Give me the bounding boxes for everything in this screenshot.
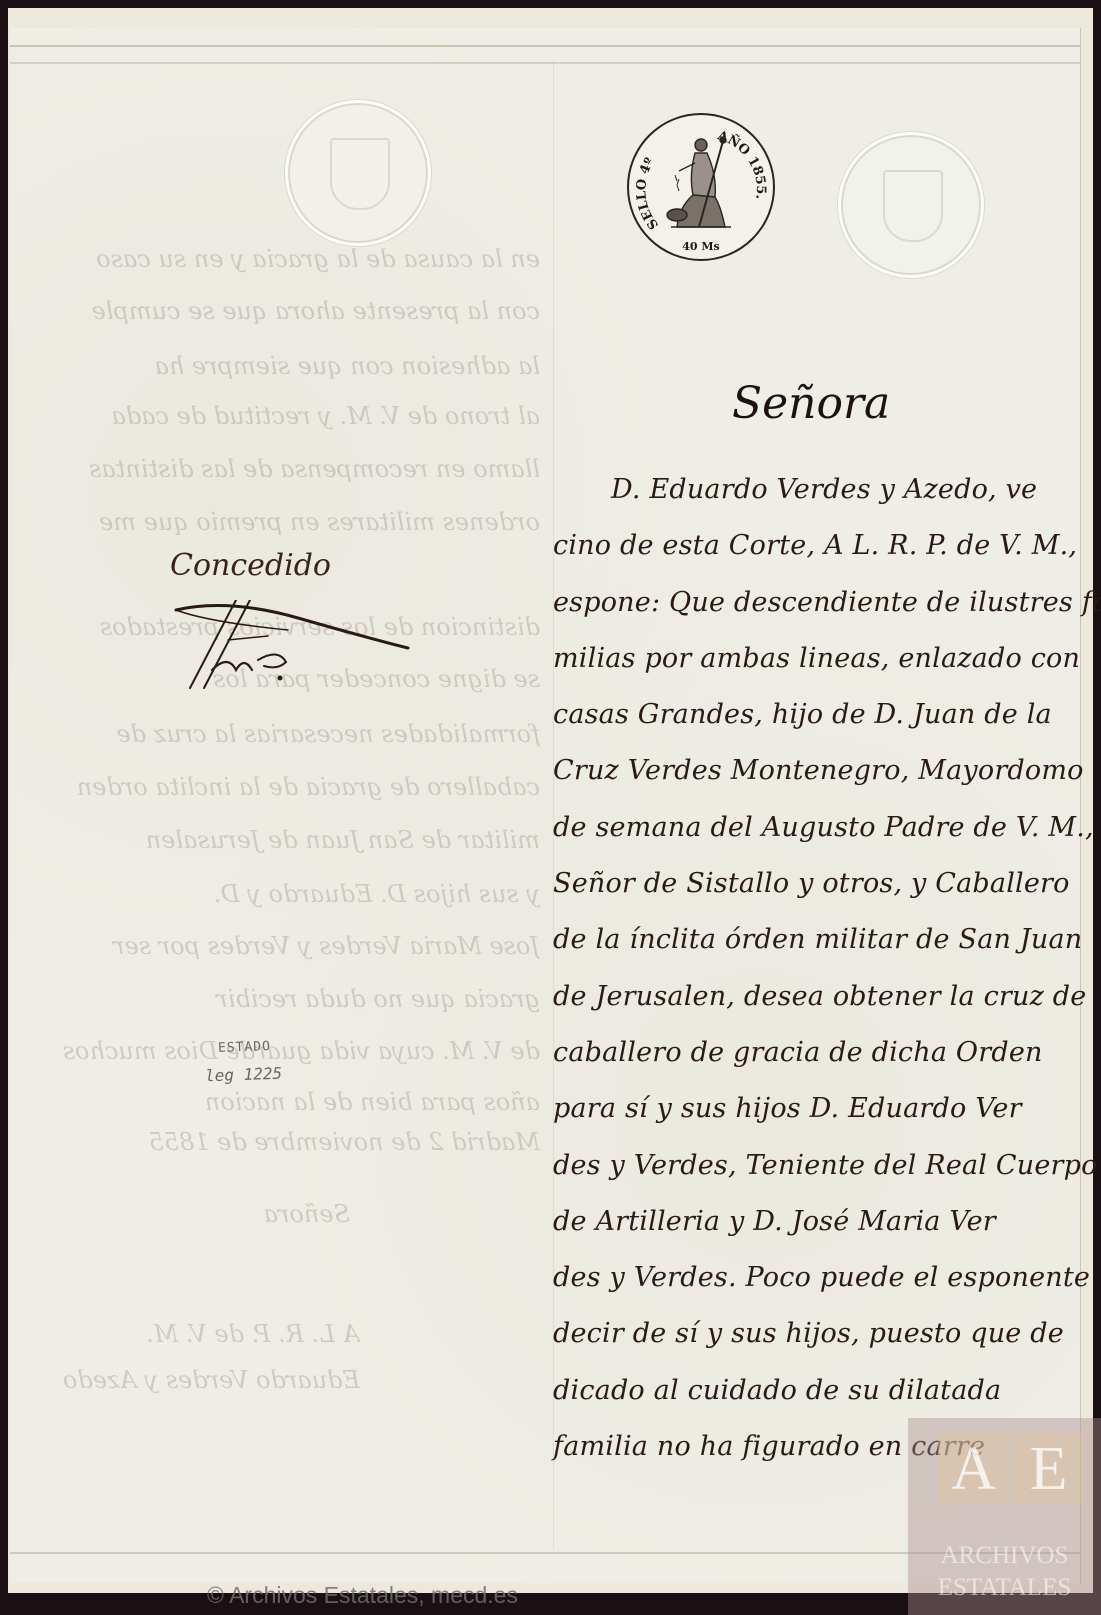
body-line: des y Verdes, Teniente del Real Cuerpo: [553, 1138, 1073, 1194]
bleed-through-text: y sus hijos D. Eduardo y D.: [35, 880, 540, 908]
crest-icon: [883, 170, 943, 242]
bleed-through-text: Madrid 2 de noviembre de 1855: [35, 1128, 540, 1156]
embossed-seal-left: [285, 100, 431, 246]
watermark-line-1: ARCHIVOS: [908, 1542, 1101, 1570]
bleed-through-text: años para bien de la nacion: [35, 1088, 540, 1116]
logo-letter-a: A: [938, 1433, 1009, 1505]
body-line: de Jerusalen, desea obtener la cruz de: [553, 969, 1073, 1025]
bleed-through-text: llamo en recompensa de las distintas: [35, 455, 540, 483]
body-line: Cruz Verdes Montenegro, Mayordomo: [553, 743, 1073, 799]
body-line: D. Eduardo Verdes y Azedo, ve: [553, 462, 1073, 518]
rubric-signature-icon: [168, 600, 418, 690]
bleed-through-text: de V. M. cuya vida guarde Dios muchos: [35, 1037, 540, 1065]
body-line: caballero de gracia de dicha Orden: [553, 1025, 1073, 1081]
stamp-value: 40 Ms: [629, 240, 773, 253]
bleed-through-text: ordenes militares en premio que me: [35, 508, 540, 536]
svg-text:SELLO 4º: SELLO 4º: [634, 155, 662, 232]
copyright-notice: © Archivos Estatales, mecd.es: [207, 1582, 518, 1609]
body-line: casas Grandes, hijo de D. Juan de la: [553, 687, 1073, 743]
bleed-through-text: militar de San Juan de Jerusalen: [35, 826, 540, 854]
body-line: de semana del Augusto Padre de V. M.,: [553, 800, 1073, 856]
seated-figure-icon: SELLO 4º AÑO 1855.: [629, 115, 773, 259]
bleed-through-text: en la causa de la gracia y en su caso: [35, 245, 540, 273]
bleed-through-text: caballero de gracia de la inclita orden: [35, 773, 540, 801]
tax-stamp: SELLO 4º AÑO 1855. 40 Ms: [627, 113, 775, 261]
body-line: decir de sí y sus hijos, puesto que de: [553, 1306, 1073, 1362]
crest-icon: [330, 138, 390, 210]
body-line: de Artilleria y D. José Maria Ver: [553, 1194, 1073, 1250]
bleed-through-text: gracia que no duda recibir: [35, 985, 540, 1013]
body-line: para sí y sus hijos D. Eduardo Ver: [553, 1081, 1073, 1137]
body-line: espone: Que descendiente de ilustres fa: [553, 575, 1073, 631]
bleed-through-text: Jose Maria Verdes y Verdes por ser: [35, 932, 540, 960]
bleed-through-text: la adhesion con que siempre ha: [35, 352, 540, 380]
ae-logo: A E: [938, 1433, 1088, 1505]
archivos-estatales-watermark: A E ARCHIVOS ESTATALES: [908, 1418, 1101, 1615]
logo-letter-e: E: [1013, 1433, 1084, 1505]
pencil-note-estado: ESTADO: [218, 1039, 271, 1056]
top-edge-line-2: [10, 62, 1080, 64]
margin-note-concedido: Concedido: [170, 548, 331, 583]
bleed-through-text: al trono de V. M. y rectitud de cada: [35, 402, 540, 430]
body-line: cino de esta Corte, A L. R. P. de V. M.,: [553, 518, 1073, 574]
body-line: Señor de Sistallo y otros, y Caballero: [553, 856, 1073, 912]
bleed-through-text: Eduardo Verdes y Azedo: [60, 1366, 360, 1394]
bleed-through-text: A L. R. P. de V. M.: [60, 1320, 360, 1348]
top-edge-line: [10, 45, 1080, 47]
body-line: dicado al cuidado de su dilatada: [553, 1363, 1073, 1419]
body-line: des y Verdes. Poco puede el esponente: [553, 1250, 1073, 1306]
letter-body: D. Eduardo Verdes y Azedo, ve cino de es…: [553, 462, 1073, 1475]
pencil-note-legajo: leg 1225: [205, 1064, 283, 1086]
bleed-through-text: con la presente ahora que se cumple: [35, 297, 540, 325]
embossed-seal-right: [838, 132, 984, 278]
body-line: de la ínclita órden militar de San Juan: [553, 912, 1073, 968]
bleed-through-text: Señora: [150, 1200, 350, 1228]
salutation-title: Señora: [732, 378, 890, 429]
watermark-line-2: ESTATALES: [908, 1574, 1101, 1602]
bleed-through-text: formalidades necesarias la cruz de: [35, 720, 540, 748]
body-line: milias por ambas lineas, enlazado con: [553, 631, 1073, 687]
